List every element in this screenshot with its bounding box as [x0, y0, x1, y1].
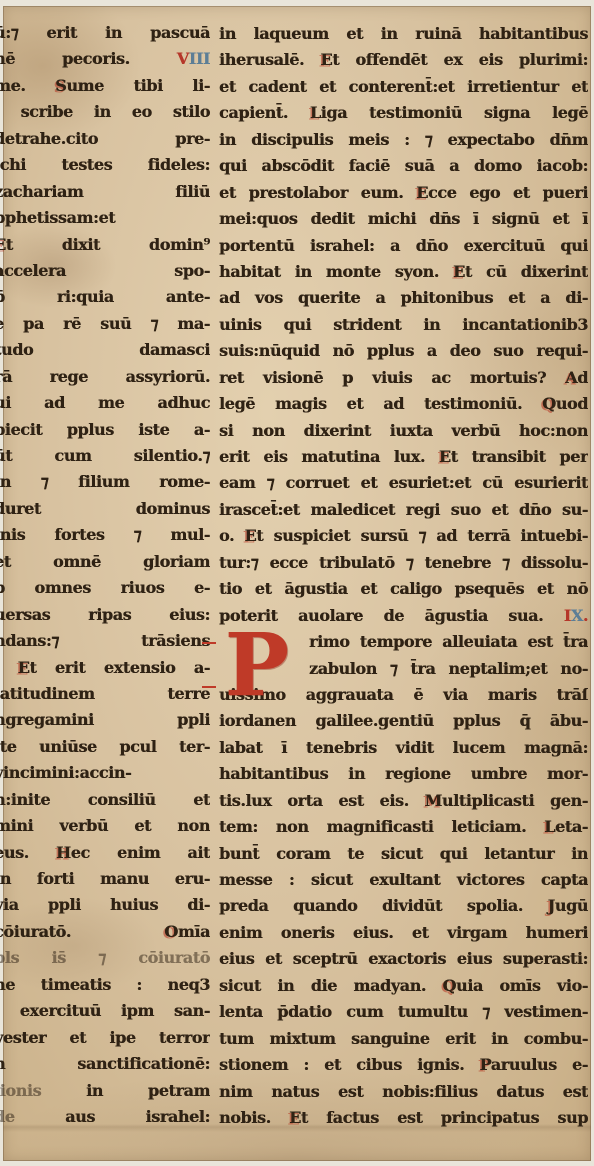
- text-line: tis.lux orta est eis. Multiplicasti gen-: [219, 788, 588, 814]
- text-line: in ⁊ filium rome-: [0, 469, 210, 495]
- text-segment: stionem : et cibus ignis.: [219, 1055, 480, 1074]
- text-segment: tem: non magnificasti leticiam.: [219, 817, 544, 836]
- text-column-right: in laqueum et in ruinā habitantibusiheru…: [219, 21, 588, 1131]
- text-line: tudo damasci: [0, 337, 210, 363]
- text-segment: de: [0, 1107, 15, 1126]
- text-line: irascet̄:et maledicet regi suo et dn̄o s…: [219, 497, 588, 523]
- text-line: vester et ipe terror: [0, 1025, 210, 1051]
- text-segment: portentū israhel: a dn̄o exercituū qui: [219, 236, 588, 255]
- text-line: stionem : et cibus ignis. Paruulus e-: [219, 1052, 588, 1078]
- text-segment: n sanctificationē:: [0, 1054, 210, 1073]
- text-line: ui ad me adhuc: [0, 390, 210, 416]
- text-segment: legē magis et ad testimoniū.: [219, 394, 542, 413]
- rubricated-letter: X: [571, 606, 583, 625]
- text-segment: .: [0, 658, 18, 677]
- text-line: ad vos querite a phitonibus et a di-: [219, 285, 588, 311]
- text-segment: ugū: [555, 896, 588, 915]
- text-segment: t offendēt ex eis plurimi:: [332, 50, 588, 69]
- text-segment: A: [565, 368, 577, 387]
- text-line: n:inite consiliū et: [0, 787, 210, 813]
- text-segment: n:inite consiliū et: [0, 790, 210, 809]
- text-segment: pls is̄ ⁊ cōiuratō: [0, 948, 210, 967]
- text-segment: O: [164, 922, 178, 941]
- rubricated-letter: .: [583, 606, 588, 625]
- text-segment: M: [425, 791, 442, 810]
- text-line: ne timeatis : neq3: [0, 972, 210, 998]
- text-line: tum mixtum sanguine erit in combu-: [219, 1026, 588, 1052]
- text-line: i exercituū ipm san-: [0, 998, 210, 1024]
- text-segment: cce ego et pueri: [428, 183, 588, 202]
- text-line: tur:⁊ ecce tribulatō ⁊ tenebre ⁊ dissolu…: [219, 550, 588, 576]
- text-segment: erit eis matutina lux.: [219, 447, 439, 466]
- text-segment: ne timeatis : neq3: [0, 975, 210, 994]
- text-segment: in ⁊ filium rome-: [0, 472, 210, 491]
- text-segment: ui ad me adhuc: [0, 393, 210, 412]
- text-segment: tur:⁊ ecce tribulatō ⁊ tenebre ⁊ dissolu…: [219, 553, 588, 572]
- text-segment: eam ⁊ corruet et esuriet:et cū esurierit: [219, 473, 588, 492]
- text-segment: biecit pplus iste a-: [0, 420, 210, 439]
- text-line: suis:nūquid nō pplus a deo suo requi-: [219, 338, 588, 364]
- text-line: capient̄. Liga testimoniū signa legē: [219, 100, 588, 126]
- text-segment: rimo tempore alleuiata est t̄ra: [309, 632, 588, 651]
- text-segment: enim oneris eius. et virgam humeri: [219, 923, 588, 942]
- text-segment: ū:⁊ erit in pascuā: [0, 23, 210, 42]
- text-line: via ppli huius di-: [0, 892, 210, 918]
- text-segment: et omnē gloriam: [0, 552, 210, 571]
- text-line: mei:quos dedit michi dn̄s ī signū et ī: [219, 206, 588, 232]
- text-line: et cadent et conterent̄:et irretientur e…: [219, 74, 588, 100]
- text-line: eius et sceptrū exactoris eius superasti…: [219, 946, 588, 972]
- text-segment: E: [18, 658, 30, 677]
- text-segment: P: [480, 1055, 491, 1074]
- text-segment: Q: [542, 394, 556, 413]
- text-segment: iherusalē.: [219, 50, 320, 69]
- text-segment: tum mixtum sanguine erit in combu-: [219, 1029, 588, 1048]
- text-segment: qui abscōdit faciē suā a domo iacob:: [219, 156, 588, 175]
- text-segment: pphetissam:et: [0, 208, 115, 227]
- text-segment: tio et āgustia et caligo psequēs et nō: [219, 579, 588, 598]
- text-segment: in discipulis meis : ⁊ expectabo dn̄m: [219, 130, 588, 149]
- text-segment: ite uniūse pcul ter-: [0, 737, 210, 756]
- text-line: habitat in monte syon. Et cū dixerint: [219, 259, 588, 285]
- text-segment: aruulus e-: [491, 1055, 588, 1074]
- text-line: nē pecoris. VIII: [0, 46, 210, 72]
- text-segment: L: [544, 817, 555, 836]
- text-line: tem: non magnificasti leticiam. Leta-: [219, 814, 588, 840]
- text-line: inis fortes ⁊ mul-: [0, 522, 210, 548]
- text-line: nobis. Et factus est principatus sup: [219, 1105, 588, 1131]
- text-line: messe : sicut exultant victores capta: [219, 867, 588, 893]
- text-segment: nobis.: [219, 1108, 289, 1127]
- text-segment: d: [577, 368, 588, 387]
- text-segment: si non dixerint iuxta verbū hoc:non: [219, 421, 588, 440]
- text-segment: uinis qui strident in incantationib3: [219, 315, 588, 334]
- text-segment: E: [289, 1108, 301, 1127]
- text-segment: ad vos querite a phitonibus et a di-: [219, 288, 588, 307]
- text-segment: t factus est principatus sup: [301, 1108, 588, 1127]
- text-segment: preda quando dividūt spolia.: [219, 896, 548, 915]
- text-line: zachariam filiū: [0, 179, 210, 205]
- text-line: pls is̄ ⁊ cōiuratō: [0, 945, 210, 971]
- text-line: si non dixerint iuxta verbū hoc:non: [219, 418, 588, 444]
- text-line: ngregamini ppli: [0, 707, 210, 733]
- text-segment: duret dominus: [0, 499, 210, 518]
- text-segment: inis fortes ⁊ mul-: [0, 525, 210, 544]
- text-segment: lionis: [0, 1081, 41, 1100]
- photograph-of-gutenberg-bible-page: { "colors": { "parchment": "#d8c2a0", "i…: [0, 0, 594, 1166]
- text-segment: H: [56, 843, 71, 862]
- text-segment: ndans:⁊ trāsiens: [0, 631, 210, 650]
- text-segment: ume tibi li-: [66, 76, 210, 95]
- text-segment: tis.lux orta est eis.: [219, 791, 425, 810]
- text-segment: irascet̄:et maledicet regi suo et dn̄o s…: [219, 500, 588, 519]
- rubricated-letter: V: [177, 49, 189, 68]
- text-segment: in forti manu eru-: [0, 869, 210, 888]
- text-line: n sanctificationē:: [0, 1051, 210, 1077]
- text-segment: p̄ ri:quia ante-: [0, 287, 210, 306]
- text-segment: L: [310, 103, 321, 122]
- text-line: lenta p̄datio cum tumultu ⁊ vestimen-: [219, 999, 588, 1025]
- rubricated-letter: III: [189, 49, 210, 68]
- text-segment: vester et ipe terror: [0, 1028, 210, 1047]
- drop-cap-initial-p: P: [214, 628, 300, 710]
- text-segment: labat ī tenebris vidit lucem magnā:: [219, 738, 588, 757]
- text-segment: zabulon ⁊ t̄ra neptalim;et no-: [309, 659, 588, 678]
- text-segment: i exercituū ipm san-: [0, 1001, 210, 1020]
- text-line: lionis in petram: [0, 1078, 210, 1104]
- text-line: in discipulis meis : ⁊ expectabo dn̄m: [219, 127, 588, 153]
- text-segment: E: [244, 526, 256, 545]
- text-line: portentū israhel: a dn̄o exercituū qui: [219, 233, 588, 259]
- text-segment: habitantibus in regione umbre mor-: [219, 764, 588, 783]
- text-segment: eus.: [0, 843, 56, 862]
- text-line: nim natus est nobis:filius datus est: [219, 1079, 588, 1105]
- text-segment: uia omīs vio-: [456, 976, 588, 995]
- text-segment: rā rege assyriorū.: [0, 367, 210, 386]
- text-segment: Q: [442, 976, 456, 995]
- text-line: iherusalē. Et offendēt ex eis plurimi:: [219, 47, 588, 73]
- text-line: enim oneris eius. et virgam humeri: [219, 920, 588, 946]
- text-segment: ngregamini ppli: [0, 710, 210, 729]
- text-line: . Et erit extensio a-: [0, 655, 210, 681]
- text-segment: iga testimoniū signa legē: [321, 103, 588, 122]
- text-line: bunt̄ coram te sicut qui letantur in: [219, 841, 588, 867]
- text-line: preda quando dividūt spolia. Jugū: [219, 893, 588, 919]
- text-segment: e pa rē suū ⁊ ma-: [0, 314, 210, 333]
- text-segment: : scribe in eo stilo: [0, 102, 210, 121]
- text-segment: me.: [0, 76, 55, 95]
- text-segment: t erit extensio a-: [29, 658, 210, 677]
- text-line: biecit pplus iste a-: [0, 417, 210, 443]
- text-segment: eta-: [555, 817, 588, 836]
- text-line: p̄ ri:quia ante-: [0, 284, 210, 310]
- text-segment: t cū dixerint: [465, 262, 588, 281]
- text-segment: ultiplicasti gen-: [442, 791, 588, 810]
- text-segment: sicut in die madyan.: [219, 976, 442, 995]
- text-segment: aus israhel:: [15, 1107, 210, 1126]
- text-line: uinis qui strident in incantationib3: [219, 312, 588, 338]
- text-segment: bunt̄ coram te sicut qui letantur in: [219, 844, 588, 863]
- text-line: Et dixit domin⁹: [0, 232, 210, 258]
- text-line: duret dominus: [0, 496, 210, 522]
- text-segment: vincimini:accin-: [0, 763, 131, 782]
- text-segment: ūt cum silentio.⁊: [0, 446, 210, 465]
- text-segment: J: [548, 896, 555, 915]
- text-segment: latitudinem terre: [0, 684, 210, 703]
- text-line: cōiuratō. Omīa: [0, 919, 210, 945]
- text-line: : scribe in eo stilo: [0, 99, 210, 125]
- text-segment: uod: [556, 394, 588, 413]
- text-line: p omnes riuos e-: [0, 575, 210, 601]
- text-line: ret visionē p viuis ac mortuis? Ad: [219, 365, 588, 391]
- text-segment: t transibit per: [451, 447, 588, 466]
- text-segment: E: [416, 183, 428, 202]
- text-segment: E: [453, 262, 465, 281]
- text-segment: et cadent et conterent̄:et irretientur e…: [219, 77, 588, 96]
- text-line: ite uniūse pcul ter-: [0, 734, 210, 760]
- text-line: ichi testes fideles:: [0, 152, 210, 178]
- text-segment: via ppli huius di-: [0, 895, 210, 914]
- text-segment: p omnes riuos e-: [0, 578, 210, 597]
- text-segment: ec enim ait: [71, 843, 210, 862]
- text-line: ū:⁊ erit in pascuā: [0, 20, 210, 46]
- text-segment: et prestolabor eum.: [219, 183, 416, 202]
- text-line: ūt cum silentio.⁊: [0, 443, 210, 469]
- text-line: et omnē gloriam: [0, 549, 210, 575]
- text-segment: eius et sceptrū exactoris eius superasti…: [219, 949, 588, 968]
- text-segment: E: [439, 447, 451, 466]
- text-line: latitudinem terre: [0, 681, 210, 707]
- text-line: eus. Hec enim ait: [0, 840, 210, 866]
- text-line: de aus israhel:: [0, 1104, 210, 1130]
- text-segment: habitat in monte syon.: [219, 262, 453, 281]
- text-segment: t dixit domin⁹: [6, 235, 210, 254]
- text-line: me. Sume tibi li-: [0, 73, 210, 99]
- text-segment: messe : sicut exultant victores capta: [219, 870, 588, 889]
- text-line: qui abscōdit faciē suā a domo iacob:: [219, 153, 588, 179]
- text-segment: in laqueum et in ruinā habitantibus: [219, 24, 588, 43]
- text-line: rā rege assyriorū.: [0, 364, 210, 390]
- text-segment: capient̄.: [219, 103, 310, 122]
- text-segment: lenta p̄datio cum tumultu ⁊ vestimen-: [219, 1002, 588, 1021]
- text-segment: ichi testes fideles:: [0, 155, 210, 174]
- text-segment: mei:quos dedit michi dn̄s ī signū et ī: [219, 209, 588, 228]
- text-segment: t suspiciet sursū ⁊ ad terrā intuebi-: [256, 526, 588, 545]
- text-segment: nē pecoris.: [0, 49, 177, 68]
- text-segment: ret visionē p viuis ac mortuis?: [219, 368, 565, 387]
- text-line: erit eis matutina lux. Et transibit per: [219, 444, 588, 470]
- text-line: vincimini:accin-: [0, 760, 210, 786]
- text-line: labat ī tenebris vidit lucem magnā:: [219, 735, 588, 761]
- text-line: in laqueum et in ruinā habitantibus: [219, 21, 588, 47]
- text-segment: cōiuratō.: [0, 922, 164, 941]
- text-segment: E: [320, 50, 332, 69]
- text-segment: accelera spo-: [0, 261, 210, 280]
- text-segment: mīa: [178, 922, 210, 941]
- text-line: uersas ripas eius:: [0, 602, 210, 628]
- text-line: sicut in die madyan. Quia omīs vio-: [219, 973, 588, 999]
- text-segment: suis:nūquid nō pplus a deo suo requi-: [219, 341, 588, 360]
- text-line: habitantibus in regione umbre mor-: [219, 761, 588, 787]
- text-segment: detrahe.cito pre-: [0, 129, 210, 148]
- text-line: detrahe.cito pre-: [0, 126, 210, 152]
- text-line: et prestolabor eum. Ecce ego et pueri: [219, 180, 588, 206]
- rubricated-letter: I: [564, 606, 571, 625]
- text-line: accelera spo-: [0, 258, 210, 284]
- text-segment: tudo damasci: [0, 340, 210, 359]
- text-line: mini verbū et non: [0, 813, 210, 839]
- text-line: eam ⁊ corruet et esuriet:et cū esurierit: [219, 470, 588, 496]
- text-segment: mini verbū et non: [0, 816, 210, 835]
- text-segment: zachariam filiū: [0, 182, 210, 201]
- text-line: o. Et suspiciet sursū ⁊ ad terrā intuebi…: [219, 523, 588, 549]
- text-line: ndans:⁊ trāsiens: [0, 628, 210, 654]
- text-column-left: ū:⁊ erit in pascuānē pecoris. VIIIme. Su…: [0, 20, 210, 1130]
- text-line: pphetissam:et: [0, 205, 210, 231]
- text-segment: uersas ripas eius:: [0, 605, 210, 624]
- text-line: tio et āgustia et caligo psequēs et nō: [219, 576, 588, 602]
- text-segment: S: [55, 76, 66, 95]
- text-segment: in petram: [41, 1081, 210, 1100]
- text-segment: nim natus est nobis:filius datus est: [219, 1082, 588, 1101]
- text-line: legē magis et ad testimoniū. Quod: [219, 391, 588, 417]
- text-line: e pa rē suū ⁊ ma-: [0, 311, 210, 337]
- text-line: in forti manu eru-: [0, 866, 210, 892]
- text-segment: o.: [219, 526, 244, 545]
